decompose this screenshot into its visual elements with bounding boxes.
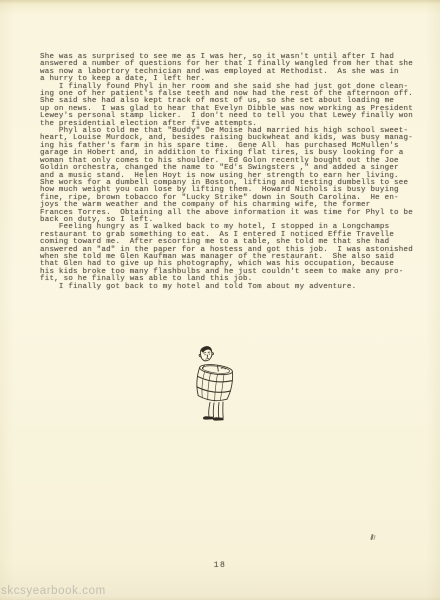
scan-artifact-speck xyxy=(373,535,376,540)
page-number: 18 xyxy=(0,561,440,570)
man-in-barrel-illustration xyxy=(188,344,240,426)
watermark-text: skcsyearbook.com xyxy=(1,585,106,597)
hair xyxy=(201,346,212,354)
typewritten-text-block: She was as surprised to see me as I was … xyxy=(40,54,424,291)
shoe-left xyxy=(203,416,214,419)
yearbook-scanned-page: She was as surprised to see me as I was … xyxy=(0,0,440,600)
shoe-right xyxy=(213,417,224,420)
text-line: I finally got back to my hotel and told … xyxy=(40,284,424,291)
